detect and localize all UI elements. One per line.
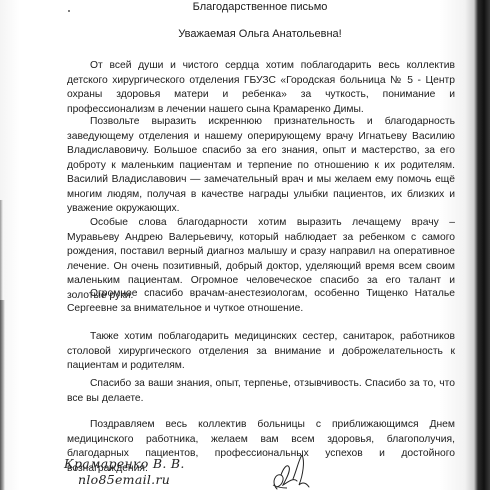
letter-paragraph: От всей души и чистого сердца хотим побл… <box>67 59 455 117</box>
paragraph-text: Спасибо за ваши знания, опыт, терпенье, … <box>67 377 455 406</box>
paragraph-text: Огромное спасибо врачам-анестезиологам, … <box>67 287 455 316</box>
handwritten-email: nlo85email.ru <box>78 472 170 487</box>
handwritten-name: Крамаренко В. В. <box>64 456 185 471</box>
letter-title-text: Благодарственное письмо <box>193 1 328 13</box>
letter-greeting: Уважаемая Ольга Анатольевна! <box>0 28 490 40</box>
letter-paragraph: Огромное спасибо врачам-анестезиологам, … <box>67 287 455 316</box>
paragraph-text: От всей души и чистого сердца хотим побл… <box>67 59 455 117</box>
letter-greeting-text: Уважаемая Ольга Анатольевна! <box>178 28 341 40</box>
letter-paragraph: Спасибо за ваши знания, опыт, терпенье, … <box>67 377 455 406</box>
paragraph-text: Позвольте выразить искреннюю признательн… <box>67 115 455 217</box>
signature-icon <box>247 455 317 490</box>
letter-paragraph: Позвольте выразить искреннюю признательн… <box>67 115 455 217</box>
letter-title: Благодарственное письмо <box>0 1 490 13</box>
letter-paragraph: Также хотим поблагодарить медицинских се… <box>67 330 455 374</box>
scan-edge-shadow <box>0 300 5 490</box>
scanned-letter-page: Благодарственное письмо Уважаемая Ольга … <box>0 0 490 490</box>
paragraph-text: Также хотим поблагодарить медицинских се… <box>67 330 455 374</box>
scan-edge-shadow <box>0 200 3 300</box>
